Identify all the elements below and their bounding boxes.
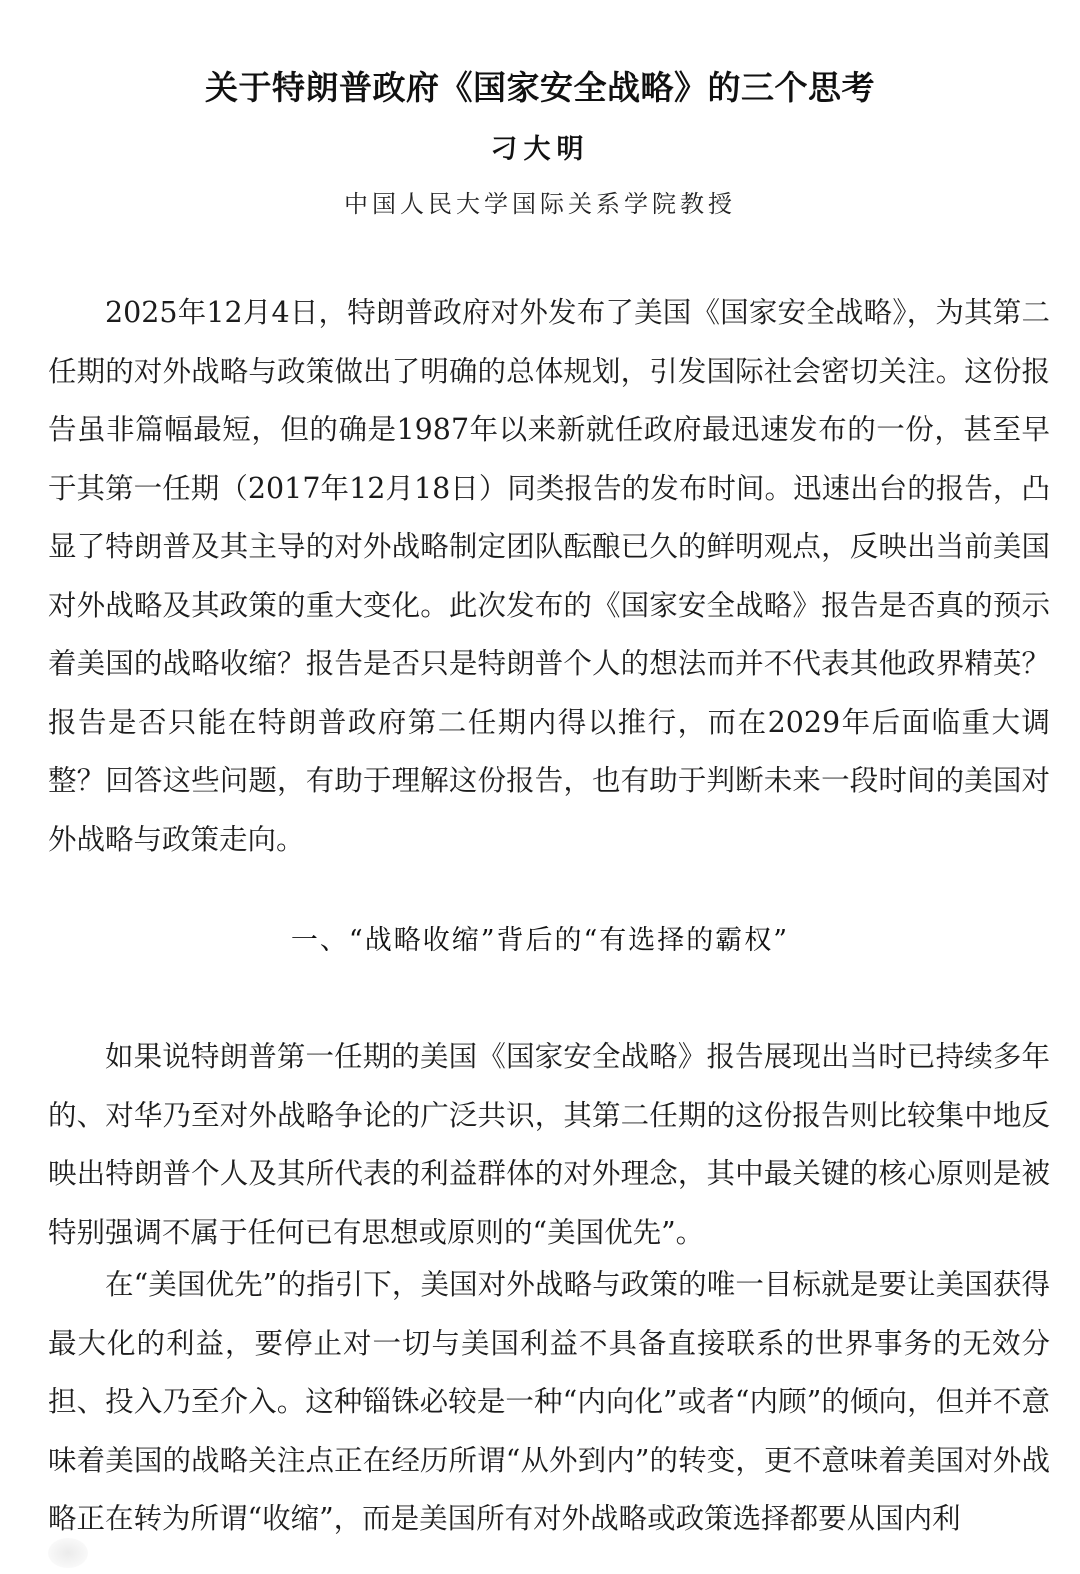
section-heading: 一、“战略收缩”背后的“有选择的霸权” — [0, 918, 1080, 957]
author-name: 刁大明 — [0, 127, 1080, 166]
author-affiliation: 中国人民大学国际关系学院教授 — [0, 184, 1080, 219]
body-paragraph: 如果说特朗普第一任期的美国《国家安全战略》报告展现出当时已持续多年的、对华乃至对… — [48, 1028, 1050, 1262]
intro-paragraph: 2025年12月4日，特朗普政府对外发布了美国《国家安全战略》，为其第二任期的对… — [48, 284, 1050, 869]
article-title: 关于特朗普政府《国家安全战略》的三个思考 — [0, 62, 1080, 109]
section-paragraph-block: 在“美国优先”的指引下，美国对外战略与政策的唯一目标就是要让美国获得最大化的利益… — [48, 1256, 1050, 1549]
intro-section: 2025年12月4日，特朗普政府对外发布了美国《国家安全战略》，为其第二任期的对… — [48, 284, 1050, 869]
scan-smudge — [48, 1538, 88, 1568]
section-paragraph-block: 如果说特朗普第一任期的美国《国家安全战略》报告展现出当时已持续多年的、对华乃至对… — [48, 1028, 1050, 1262]
body-paragraph: 在“美国优先”的指引下，美国对外战略与政策的唯一目标就是要让美国获得最大化的利益… — [48, 1256, 1050, 1549]
document-page: 关于特朗普政府《国家安全战略》的三个思考 刁大明 中国人民大学国际关系学院教授 … — [0, 0, 1080, 1574]
